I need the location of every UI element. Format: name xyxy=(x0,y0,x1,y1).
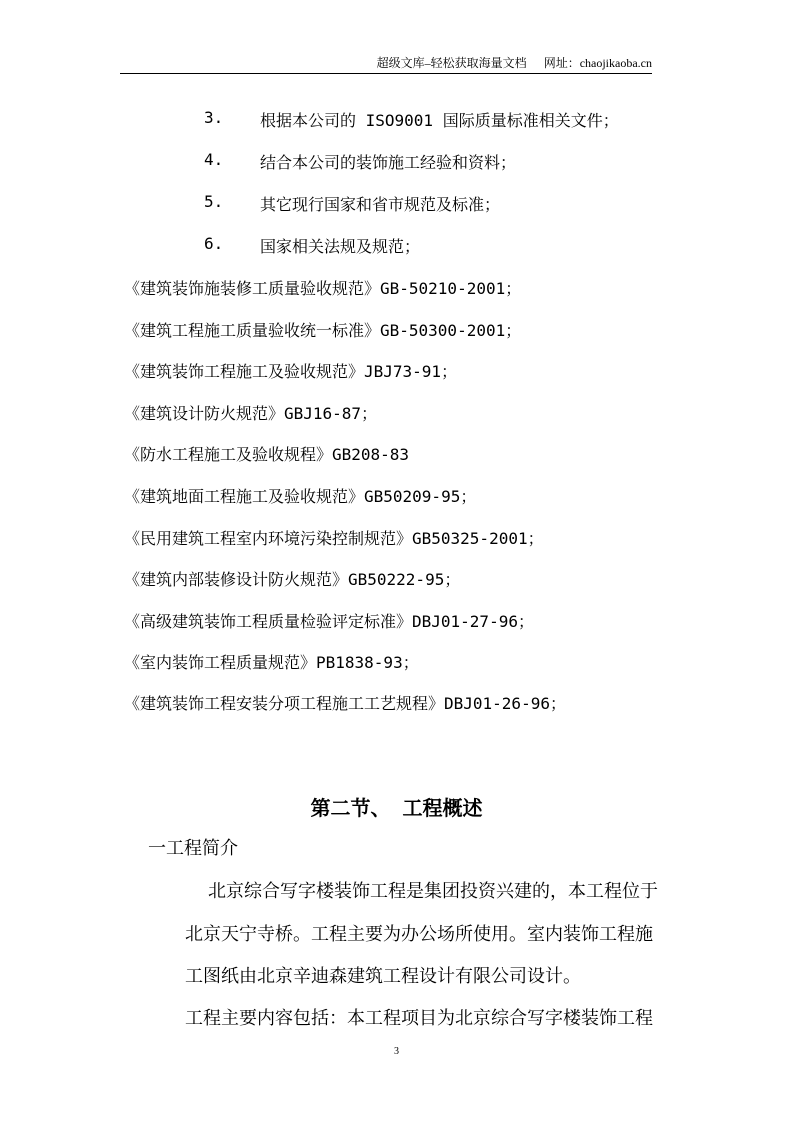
item-number: 5. xyxy=(204,192,223,211)
header-rule xyxy=(120,73,652,74)
standard-item: 《建筑装饰施装修工质量验收规范》GB-50210-2001； xyxy=(124,276,521,299)
section-name: 工程概述 xyxy=(403,796,483,820)
standard-item: 《室内装饰工程质量规范》PB1838-93； xyxy=(124,650,419,673)
paragraph-line: 工程主要内容包括：本工程项目为北京综合写字楼装饰工程 xyxy=(185,1004,653,1030)
item-number: 6. xyxy=(204,234,223,253)
list-item: 国家相关法规及规范； xyxy=(260,234,420,257)
paragraph-line: 北京综合写字楼装饰工程是集团投资兴建的，本工程位于 xyxy=(208,877,658,903)
paragraph-line: 工图纸由北京辛迪森建筑工程设计有限公司设计。 xyxy=(185,962,581,988)
header-site-url: 网址：chaojikaoba.cn xyxy=(544,56,652,70)
paragraph-line: 北京天宁寺桥。工程主要为办公场所使用。室内装饰工程施 xyxy=(185,920,653,946)
section-number: 第二节、 xyxy=(311,796,391,820)
standard-item: 《高级建筑装饰工程质量检验评定标准》DBJ01-27-96； xyxy=(124,609,534,632)
standard-item: 《建筑装饰工程施工及验收规范》JBJ73-91； xyxy=(124,359,457,382)
item-number: 4. xyxy=(204,150,223,169)
standard-item: 《民用建筑工程室内环境污染控制规范》GB50325-2001； xyxy=(124,526,544,549)
standard-item: 《建筑装饰工程安装分项工程施工工艺规程》DBJ01-26-96； xyxy=(124,691,566,714)
header-site-name: 超级文库–轻松获取海量文档 xyxy=(377,56,527,70)
subsection-heading: 一工程简介 xyxy=(148,834,238,860)
page-header: 超级文库–轻松获取海量文档 网址：chaojikaoba.cn xyxy=(120,54,652,71)
list-item: 其它现行国家和省市规范及标准； xyxy=(260,192,500,215)
list-item: 结合本公司的装饰施工经验和资料； xyxy=(260,150,516,173)
list-item: 根据本公司的 ISO9001 国际质量标准相关文件； xyxy=(260,108,619,131)
standard-item: 《建筑内部装修设计防火规范》GB50222-95； xyxy=(124,567,460,590)
standard-item: 《建筑工程施工质量验收统一标准》GB-50300-2001； xyxy=(124,318,521,341)
standard-item: 《建筑地面工程施工及验收规范》GB50209-95； xyxy=(124,484,476,507)
section-title: 第二节、工程概述 xyxy=(0,792,793,821)
standard-item: 《建筑设计防火规范》GBJ16-87； xyxy=(124,401,377,424)
page-number: 3 xyxy=(0,1046,793,1057)
standard-item: 《防水工程施工及验收规程》GB208-83 xyxy=(124,442,409,465)
item-number: 3. xyxy=(204,108,223,127)
